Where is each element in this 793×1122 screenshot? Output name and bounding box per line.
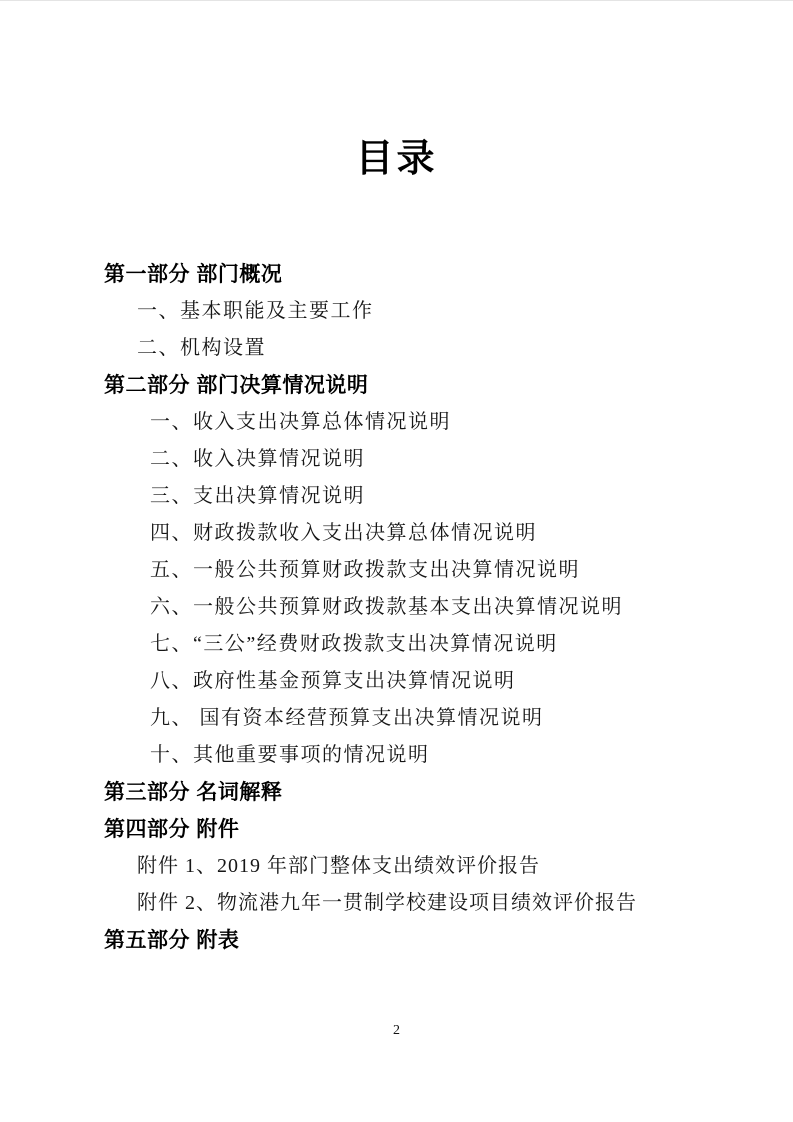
toc-heading-part2: 第二部分 部门决算情况说明 — [0, 367, 793, 404]
toc-heading-part3: 第三部分 名词解释 — [0, 774, 793, 811]
page-title: 目录 — [0, 137, 793, 181]
toc-entry: 十、其他重要事项的情况说明 — [0, 737, 793, 774]
toc-entry: 三、支出决算情况说明 — [0, 478, 793, 515]
toc-entry: 二、收入决算情况说明 — [0, 441, 793, 478]
toc-entry: 七、“三公”经费财政拨款支出决算情况说明 — [0, 626, 793, 663]
toc-entry: 九、 国有资本经营预算支出决算情况说明 — [0, 700, 793, 737]
table-of-contents: 第一部分 部门概况 一、基本职能及主要工作 二、机构设置 第二部分 部门决算情况… — [0, 256, 793, 959]
toc-entry-attachment-2: 附件 2、物流港九年一贯制学校建设项目绩效评价报告 — [0, 885, 793, 922]
toc-heading-part1: 第一部分 部门概况 — [0, 256, 793, 293]
toc-heading-part5: 第五部分 附表 — [0, 922, 793, 959]
toc-entry: 六、一般公共预算财政拨款基本支出决算情况说明 — [0, 589, 793, 626]
toc-entry: 四、财政拨款收入支出决算总体情况说明 — [0, 515, 793, 552]
toc-entry: 一、收入支出决算总体情况说明 — [0, 404, 793, 441]
toc-entry: 五、一般公共预算财政拨款支出决算情况说明 — [0, 552, 793, 589]
toc-entry: 一、基本职能及主要工作 — [0, 293, 793, 330]
toc-entry: 八、政府性基金预算支出决算情况说明 — [0, 663, 793, 700]
toc-entry: 二、机构设置 — [0, 330, 793, 367]
page-number: 2 — [0, 1022, 793, 1040]
toc-entry-attachment-1: 附件 1、2019 年部门整体支出绩效评价报告 — [0, 848, 793, 885]
toc-heading-part4: 第四部分 附件 — [0, 811, 793, 848]
document-page: { "page": { "title": "目录", "page_number"… — [0, 0, 793, 1122]
